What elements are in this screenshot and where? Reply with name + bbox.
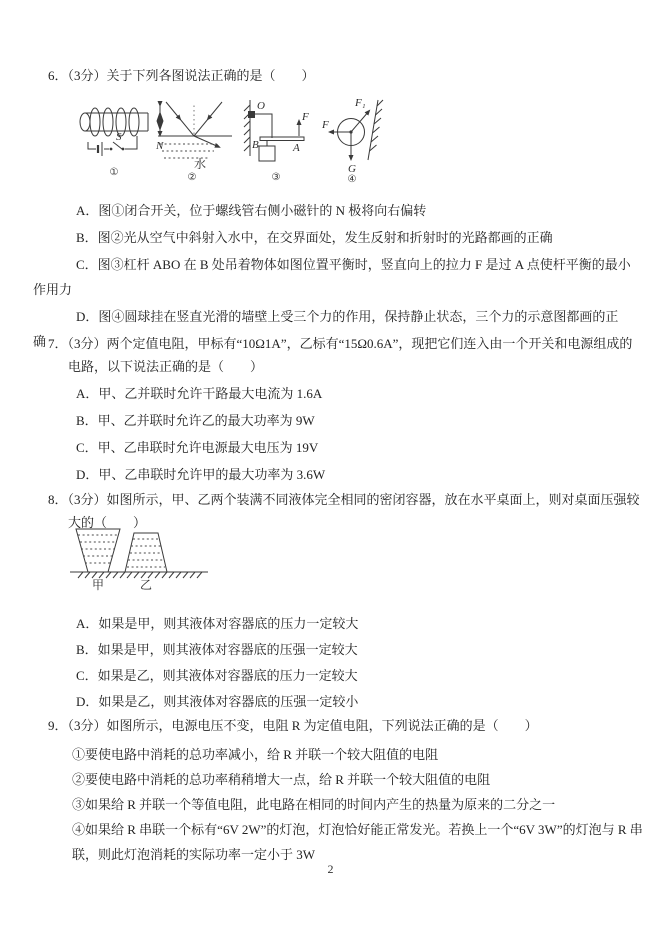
second-ray-icon [194,102,222,136]
coil-turn [90,108,100,136]
figure-lever: O B A F ③ [240,98,314,182]
q6-option-a: A．图①闭合开关，位于螺线管右侧小磁针的 N 极将向右偏转 [33,198,631,223]
exam-page: 6．（3分）关于下列各图说法正确的是（ ） S N ① [0,0,661,935]
figure-3-caption: ③ [272,172,281,182]
figure-ball-on-wall: F G F₁ ④ [322,96,388,184]
lever-upper-arm [254,114,272,138]
switch-label: S [116,131,122,143]
figure-4-caption: ④ [348,174,357,184]
switch-blade-icon [113,142,122,149]
q7-option-b: B．甲、乙并联时允许乙的最大功率为 9W [33,408,631,433]
q8-option-a: A．如果是甲，则其液体对容器底的压力一定较大 [33,611,631,636]
q7-option-d: D．甲、乙串联时允许甲的最大功率为 3.6W [33,462,631,487]
question-6-stem: 6．（3分）关于下列各图说法正确的是（ ） [48,64,638,87]
point-o-label: O [257,100,265,112]
switch-contact [122,148,125,151]
q8-option-b: B．如果是甲，则其液体对容器底的压强一定较大 [33,637,631,662]
q9-item-4: ④如果给 R 串联一个标有“6V 2W”的灯泡，灯泡恰好能正常发光。若换上一个“… [72,817,650,867]
pivot-block [248,111,255,118]
force-f1-label: F₁ [354,97,366,109]
question-7-stem-text: 7．（3分）两个定值电阻，甲标有“10Ω1A”，乙标有“15Ω0.6A”，现把它… [48,332,640,378]
weight-block [259,146,275,161]
coil-turn [129,108,139,136]
force-f-label: F [322,119,329,131]
question-9-items: ①要使电路中消耗的总功率减小，给 R 并联一个较大阻值的电阻 ②要使电路中消耗的… [72,742,650,867]
q8-option-d: D．如果是乙，则其液体对容器底的压强一定较小 [33,689,631,714]
q9-item-1: ①要使电路中消耗的总功率减小，给 R 并联一个较大阻值的电阻 [72,742,650,767]
q6-option-b: B．图②光从空气中斜射入水中，在交界面处，发生反射和折射时的光路都画的正确 [33,225,631,250]
q7-option-a: A．甲、乙并联时允许干路最大电流为 1.6A [33,381,631,406]
figure-1-caption: ① [110,167,119,178]
q6-option-c: C．图③杠杆 ABO 在 B 处吊着物体如图位置平衡时，竖直向上的拉力 F 是过… [33,252,631,302]
container-yi-label: 乙 [140,578,152,592]
q8-option-c: C．如果是乙，则其液体对容器底的压力一定较大 [33,663,631,688]
figure-refraction: 水 ② [156,96,236,182]
question-7-stem: 7．（3分）两个定值电阻，甲标有“10Ω1A”，乙标有“15Ω0.6A”，现把它… [48,332,640,378]
page-number: 2 [0,862,661,877]
force-f-label: F [301,111,309,123]
force-f1-arrow-icon [351,111,369,132]
question-6-stem-text: 6．（3分）关于下列各图说法正确的是（ ） [48,64,638,87]
question-8-options: A．如果是甲，则其液体对容器底的压力一定较大 B．如果是甲，则其液体对容器底的压… [33,611,631,715]
lever-bar [260,137,304,141]
figure-2-caption: ② [188,172,197,182]
q7-option-c: C．甲、乙串联时允许电源最大电压为 19V [33,435,631,460]
point-b-label: B [252,139,259,151]
water-label: 水 [194,156,206,171]
figure-containers: 甲 乙 [68,526,216,594]
q9-item-2: ②要使电路中消耗的总功率稍稍增大一点，给 R 并联一个较大阻值的电阻 [72,767,650,792]
refracted-ray-icon [194,136,219,147]
q9-item-3: ③如果给 R 并联一个等值电阻，此电路在相同的时间内产生的热量为原来的二分之一 [72,792,650,817]
question-9-stem: 9．（3分）如图所示，电源电压不变，电阻 R 为定值电阻，下列说法正确的是（ ） [48,714,648,737]
question-9-stem-text: 9．（3分）如图所示，电源电压不变，电阻 R 为定值电阻，下列说法正确的是（ ） [48,714,648,737]
incident-ray-icon [166,102,194,136]
circuit-wire [88,142,96,149]
circuit-wire [125,136,137,149]
solenoid-core-end [80,113,90,131]
switch-contact [110,148,113,151]
point-a-label: A [292,142,300,154]
container-jia-label: 甲 [92,578,104,592]
coil-turn [103,108,113,136]
question-7-options: A．甲、乙并联时允许干路最大电流为 1.6A B．甲、乙并联时允许乙的最大功率为… [33,381,631,489]
